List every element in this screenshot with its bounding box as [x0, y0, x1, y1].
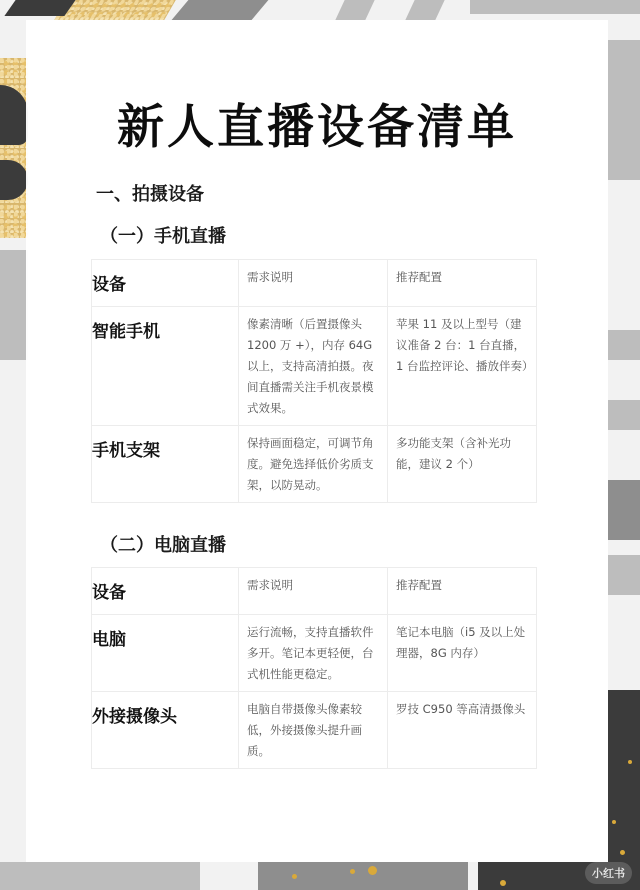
column-header-recommendation: 推荐配置	[388, 260, 537, 307]
document-card: 新人直播设备清单 一、拍摄设备 （一）手机直播 设备 需求说明 推荐配置 智能手…	[26, 20, 608, 862]
device-cell: 手机支架	[92, 426, 239, 503]
device-cell: 电脑	[92, 615, 239, 692]
ink-brushstroke	[0, 250, 28, 360]
device-cell: 智能手机	[92, 307, 239, 426]
table-header-row: 设备 需求说明 推荐配置	[92, 568, 537, 615]
device-cell: 外接摄像头	[92, 692, 239, 769]
section-heading-shooting-equipment: 一、拍摄设备	[96, 180, 204, 206]
recommendation-cell: 苹果 11 及以上型号（建议准备 2 台：1 台直播，1 台监控评论、播放伴奏）	[388, 307, 537, 426]
ink-brushstroke	[608, 480, 640, 540]
gold-fleck	[350, 869, 355, 874]
ink-brushstroke	[608, 330, 640, 360]
subsection-heading-phone-live: （一）手机直播	[100, 222, 226, 248]
gold-fleck	[628, 760, 632, 764]
recommendation-cell: 罗技 C950 等高清摄像头	[388, 692, 537, 769]
column-header-requirement: 需求说明	[239, 260, 388, 307]
column-header-device: 设备	[92, 260, 239, 307]
ink-brushstroke	[608, 40, 640, 180]
column-header-recommendation: 推荐配置	[388, 568, 537, 615]
computer-equipment-table: 设备 需求说明 推荐配置 电脑 运行流畅，支持直播软件多开。笔记本更轻便，台式机…	[91, 567, 537, 769]
page-title: 新人直播设备清单	[26, 90, 608, 157]
table-row: 外接摄像头 电脑自带摄像头像素较低，外接摄像头提升画质。 罗技 C950 等高清…	[92, 692, 537, 769]
ink-brushstroke	[4, 0, 75, 16]
ink-brushstroke	[0, 862, 200, 890]
gold-fleck	[500, 880, 506, 886]
table-row: 智能手机 像素清晰（后置摄像头 1200 万 +），内存 64G 以上，支持高清…	[92, 307, 537, 426]
ink-brushstroke	[335, 0, 374, 20]
ink-brushstroke	[470, 0, 640, 14]
recommendation-cell: 笔记本电脑（i5 及以上处理器，8G 内存）	[388, 615, 537, 692]
ink-brushstroke	[608, 400, 640, 430]
table-row: 手机支架 保持画面稳定，可调节角度。避免选择低价劣质支架，以防晃动。 多功能支架…	[92, 426, 537, 503]
requirement-cell: 保持画面稳定，可调节角度。避免选择低价劣质支架，以防晃动。	[239, 426, 388, 503]
gold-fleck	[368, 866, 377, 875]
requirement-cell: 电脑自带摄像头像素较低，外接摄像头提升画质。	[239, 692, 388, 769]
requirement-cell: 运行流畅，支持直播软件多开。笔记本更轻便，台式机性能更稳定。	[239, 615, 388, 692]
ink-brushstroke	[405, 0, 444, 20]
gold-fleck	[620, 850, 625, 855]
phone-equipment-table: 设备 需求说明 推荐配置 智能手机 像素清晰（后置摄像头 1200 万 +），内…	[91, 259, 537, 503]
gold-fleck	[612, 820, 616, 824]
subsection-heading-computer-live: （二）电脑直播	[100, 531, 226, 557]
column-header-device: 设备	[92, 568, 239, 615]
ink-brushstroke	[172, 0, 269, 20]
xiaohongshu-watermark: 小红书	[585, 862, 632, 884]
recommendation-cell: 多功能支架（含补光功能，建议 2 个）	[388, 426, 537, 503]
table-header-row: 设备 需求说明 推荐配置	[92, 260, 537, 307]
requirement-cell: 像素清晰（后置摄像头 1200 万 +），内存 64G 以上，支持高清拍摄。夜间…	[239, 307, 388, 426]
ink-brushstroke	[608, 555, 640, 595]
column-header-requirement: 需求说明	[239, 568, 388, 615]
ink-brushstroke	[608, 690, 640, 890]
gold-fleck	[292, 874, 297, 879]
table-row: 电脑 运行流畅，支持直播软件多开。笔记本更轻便，台式机性能更稳定。 笔记本电脑（…	[92, 615, 537, 692]
ink-brushstroke	[258, 862, 468, 890]
